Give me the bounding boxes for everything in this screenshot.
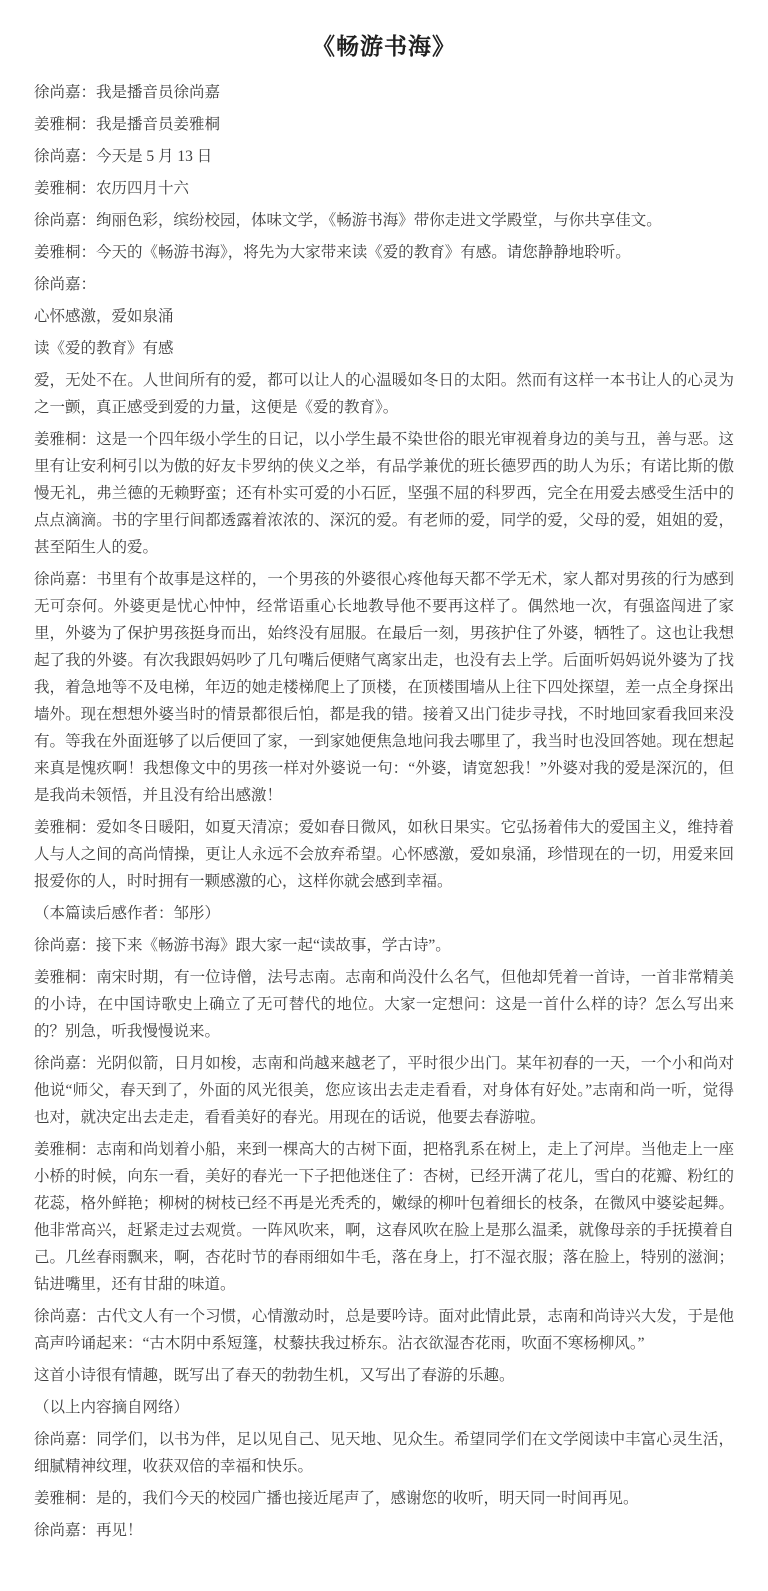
paragraph: 爱，无处不在。人世间所有的爱，都可以让人的心温暖如冬日的太阳。然而有这样一本书让… <box>34 367 734 421</box>
paragraph: 姜雅桐：是的，我们今天的校园广播也接近尾声了，感谢您的收听，明天同一时间再见。 <box>34 1485 734 1512</box>
paragraph: 读《爱的教育》有感 <box>34 335 734 362</box>
paragraph: 徐尚嘉：今天是 5 月 13 日 <box>34 143 734 170</box>
paragraph: 徐尚嘉：我是播音员徐尚嘉 <box>34 79 734 106</box>
paragraph: 心怀感激，爱如泉涌 <box>34 303 734 330</box>
document-page: 《畅游书海》 徐尚嘉：我是播音员徐尚嘉 姜雅桐：我是播音员姜雅桐 徐尚嘉：今天是… <box>0 0 768 1591</box>
paragraph: 徐尚嘉：同学们，以书为伴，足以见自己、见天地、见众生。希望同学们在文学阅读中丰富… <box>34 1426 734 1480</box>
paragraph: 徐尚嘉：古代文人有一个习惯，心情激动时，总是要吟诗。面对此情此景，志南和尚诗兴大… <box>34 1303 734 1357</box>
paragraph: 这首小诗很有情趣，既写出了春天的勃勃生机，又写出了春游的乐趣。 <box>34 1362 734 1389</box>
document-title: 《畅游书海》 <box>34 28 734 61</box>
paragraph: 徐尚嘉：接下来《畅游书海》跟大家一起“读故事，学古诗”。 <box>34 932 734 959</box>
paragraph: 姜雅桐：志南和尚划着小船，来到一棵高大的古树下面，把格乳系在树上，走上了河岸。当… <box>34 1136 734 1298</box>
paragraph: 徐尚嘉：绚丽色彩，缤纷校园，体味文学，《畅游书海》带你走进文学殿堂，与你共享佳文… <box>34 207 734 234</box>
paragraph: 姜雅桐：这是一个四年级小学生的日记，以小学生最不染世俗的眼光审视着身边的美与丑，… <box>34 426 734 561</box>
paragraph: 姜雅桐：爱如冬日暖阳，如夏天清凉；爱如春日微风，如秋日果实。它弘扬着伟大的爱国主… <box>34 814 734 895</box>
paragraph: （本篇读后感作者：邹彤） <box>34 900 734 927</box>
paragraph: 徐尚嘉：光阴似箭，日月如梭，志南和尚越来越老了，平时很少出门。某年初春的一天，一… <box>34 1050 734 1131</box>
paragraph: 姜雅桐：南宋时期，有一位诗僧，法号志南。志南和尚没什么名气，但他却凭着一首诗，一… <box>34 964 734 1045</box>
paragraph: 姜雅桐：今天的《畅游书海》，将先为大家带来读《爱的教育》有感。请您静静地聆听。 <box>34 239 734 266</box>
paragraph: 徐尚嘉：再见！ <box>34 1517 734 1544</box>
paragraph: 姜雅桐：农历四月十六 <box>34 175 734 202</box>
paragraph: 徐尚嘉： <box>34 271 734 298</box>
paragraph: （以上内容摘自网络） <box>34 1394 734 1421</box>
paragraph: 姜雅桐：我是播音员姜雅桐 <box>34 111 734 138</box>
paragraph: 徐尚嘉：书里有个故事是这样的，一个男孩的外婆很心疼他每天都不学无术，家人都对男孩… <box>34 566 734 809</box>
